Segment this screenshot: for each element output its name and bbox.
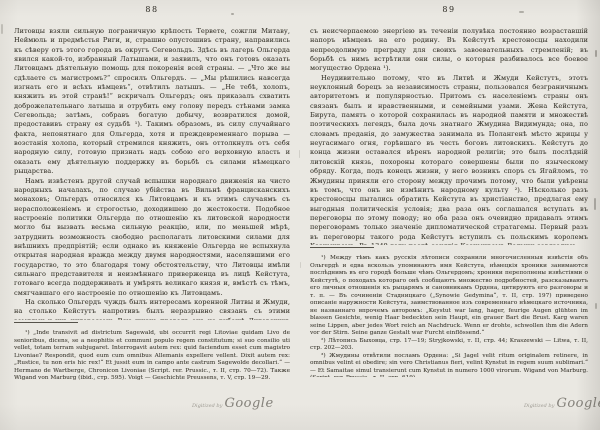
paragraph: На сколько Ольгердъ чуждъ былъ интересам… — [14, 298, 290, 320]
paragraph: Неудивительно потому, что въ Литвѣ и Жму… — [310, 74, 588, 245]
paragraph: съ неисчерпаемою энергіею въ теченіи пол… — [310, 27, 588, 74]
scan-artifact — [519, 11, 524, 13]
scan-artifact — [595, 50, 597, 57]
page-number-right: 89 — [302, 5, 596, 14]
watermark-prefix: Digitized by — [524, 403, 554, 409]
footnote: ³) Жмудины отвѣтили посламъ Ордена: „Si … — [310, 353, 588, 378]
google-logo-text: Google — [556, 396, 600, 411]
book-scan: 88 Литовцы взяли сильную пограничную крѣ… — [0, 0, 600, 430]
footnote-separator — [14, 322, 78, 323]
page-number-left: 88 — [6, 5, 298, 14]
paragraph: Намъ извѣстенъ другой случай вспышки нар… — [14, 177, 290, 298]
footnote: ¹) Между тѣмъ какъ русскія лѣтописи сохр… — [310, 255, 588, 338]
footnote: ¹) „Inde transivit ad districtum Sagewal… — [14, 330, 290, 383]
page-88-body-text: Литовцы взяли сильную пограничную крѣпос… — [14, 27, 290, 320]
page-89-body-text: съ неисчерпаемою энергіею въ теченіи пол… — [310, 27, 588, 245]
scan-artifact — [595, 303, 597, 309]
page-88: 88 Литовцы взяли сильную пограничную крѣ… — [6, 0, 298, 430]
page-88-footnotes: ¹) „Inde transivit ad districtum Sagewal… — [14, 330, 290, 390]
footnote-separator — [310, 247, 374, 248]
page-89-footnotes: ¹) Между тѣмъ какъ русскія лѣтописи сохр… — [310, 255, 588, 377]
google-watermark-right: Digitized byGoogle — [524, 392, 600, 411]
scan-artifact — [594, 198, 596, 210]
google-logo-text: Google — [224, 396, 273, 411]
scan-artifact — [300, 262, 301, 268]
google-watermark-left: Digitized byGoogle — [192, 392, 274, 411]
page-89: 89 съ неисчерпаемою энергіею въ теченіи … — [302, 0, 596, 430]
scan-artifact — [1, 24, 3, 34]
scan-artifact — [299, 150, 300, 158]
footnote: ²) Лѣтопись Быховца, стр. 17—19; Stryjko… — [310, 338, 588, 353]
paragraph: Литовцы взяли сильную пограничную крѣпос… — [14, 27, 290, 177]
watermark-prefix: Digitized by — [192, 403, 222, 409]
scan-artifact — [231, 13, 234, 15]
